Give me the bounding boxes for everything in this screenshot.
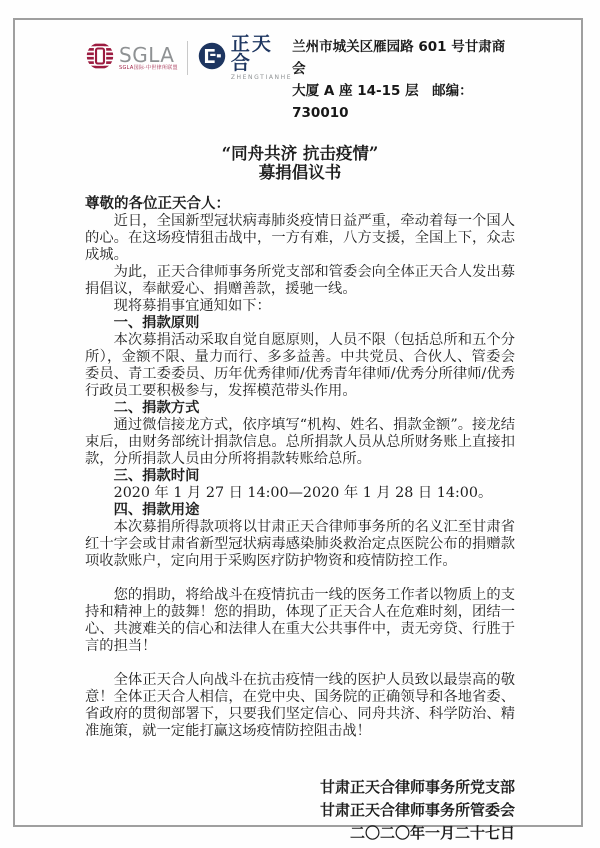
zhengtianhe-name: 正天合 [231, 35, 292, 73]
office-address: 兰州市城关区雁园路 601 号甘肃商会 大厦 A 座 14-15 层 邮编：73… [292, 33, 515, 124]
section-heading: 二、捐款方式 [85, 400, 515, 417]
letterhead: SGLA SGLA国际·中世律所联盟 [85, 33, 515, 124]
signature-org-1: 甘肃正天合律师事务所党支部 [85, 776, 515, 799]
doc-subtitle: 募捐倡议书 [85, 163, 515, 182]
title-block: “同舟共济 抗击疫情” 募捐倡议书 [85, 144, 515, 182]
sgla-abbr: SGLA [119, 45, 178, 65]
logo-divider [187, 41, 188, 75]
document-content: SGLA SGLA国际·中世律所联盟 [85, 33, 515, 845]
paragraph: 现将募捐事宜通知如下： [85, 298, 515, 315]
logo-group: SGLA SGLA国际·中世律所联盟 [85, 33, 292, 81]
signature-block: 甘肃正天合律师事务所党支部 甘肃正天合律师事务所管委会 二〇二〇年一月二十七日 [85, 776, 515, 845]
zhengtianhe-logo-text: 正天合 ZHENGTIANHE [231, 35, 292, 81]
section-heading: 一、捐款原则 [85, 315, 515, 332]
paragraph: 通过微信接龙方式，依序填写“机构、姓名、捐款金额”。接龙结束后，由财务部统计捐款… [85, 417, 515, 468]
signature-org-2: 甘肃正天合律师事务所管委会 [85, 799, 515, 822]
signature-date: 二〇二〇年一月二十七日 [85, 822, 515, 845]
paragraph: 本次募捐所得款项将以甘肃正天合律师事务所的名义汇至甘肃省红十字会或甘肃省新型冠状… [85, 519, 515, 570]
paragraph: 全体正天合人向战斗在抗击疫情一线的医护人员致以最崇高的敬意！全体正天合人相信，在… [85, 672, 515, 740]
paragraph: 您的捐助，将给战斗在疫情抗击一线的医务工作者以物质上的支持和精神上的鼓舞！您的捐… [85, 587, 515, 655]
zhengtianhe-logo: 正天合 ZHENGTIANHE [197, 35, 292, 81]
paragraph: 2020 年 1 月 27 日 14:00—2020 年 1 月 28 日 14… [85, 485, 515, 502]
doc-title: “同舟共济 抗击疫情” [85, 144, 515, 163]
sgla-logo: SGLA SGLA国际·中世律所联盟 [85, 41, 178, 75]
paragraph: 为此，正天合律师事务所党支部和管委会向全体正天合人发出募捐倡议，奉献爱心、捐赠善… [85, 264, 515, 298]
document-body: 近日，全国新型冠状病毒肺炎疫情日益严重，牵动着每一个国人的心。在这场疫情狙击战中… [85, 213, 515, 740]
sgla-logo-text: SGLA SGLA国际·中世律所联盟 [119, 45, 178, 71]
sgla-tagline: SGLA国际·中世律所联盟 [119, 66, 178, 71]
section-heading: 三、捐款时间 [85, 468, 515, 485]
address-line-1: 兰州市城关区雁园路 601 号甘肃商会 [292, 36, 515, 80]
zhengtianhe-logo-icon [197, 41, 227, 75]
zhengtianhe-latin: ZHENGTIANHE [231, 75, 292, 81]
paragraph: 近日，全国新型冠状病毒肺炎疫情日益严重，牵动着每一个国人的心。在这场疫情狙击战中… [85, 213, 515, 264]
section-heading: 四、捐款用途 [85, 502, 515, 519]
paragraph: 本次募捐活动采取自觉自愿原则，人员不限（包括总所和五个分所），金额不限、量力而行… [85, 332, 515, 400]
address-line-2: 大厦 A 座 14-15 层 邮编：730010 [292, 80, 515, 124]
sgla-logo-icon [85, 41, 115, 75]
document-page: SGLA SGLA国际·中世律所联盟 [0, 0, 600, 848]
salutation: 尊敬的各位正天合人： [85, 195, 515, 212]
